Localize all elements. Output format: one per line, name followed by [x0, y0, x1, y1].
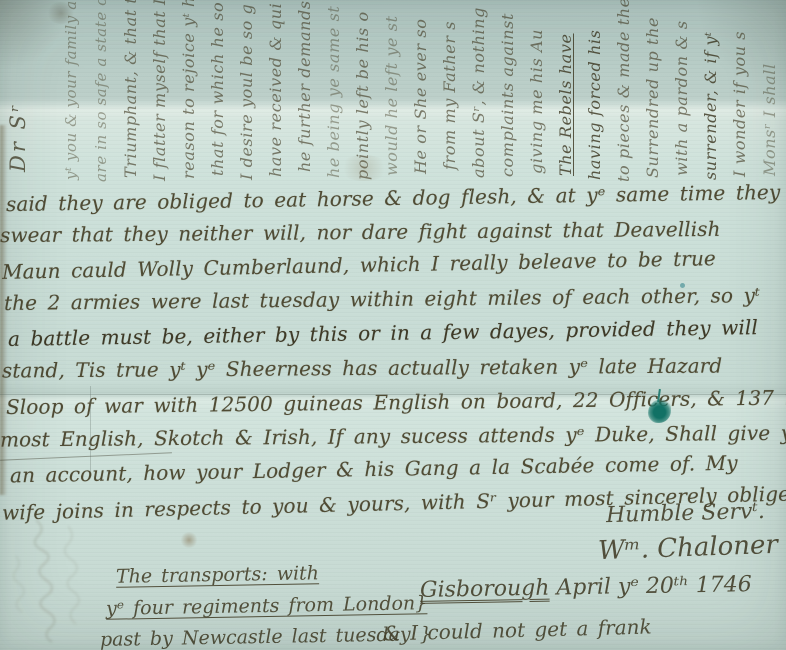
body-line: Maun cauld Wolly Cumberlaund, which I re…: [2, 246, 716, 284]
body-line: most English, Skotch & Irish, If any suc…: [0, 420, 786, 451]
vertical-crease: [90, 386, 91, 472]
crosswriting-line: yᵗ you & your family a: [62, 0, 80, 180]
crosswriting-line: The Rebels have: [556, 33, 575, 176]
crosswriting-line: from my Father s: [440, 21, 459, 170]
postscript-line: yᵉ four regiments from London}: [106, 592, 428, 620]
crosswriting-line: Dr Sʳ: [6, 102, 30, 172]
crease-mark: [0, 452, 172, 461]
ghost-writing-marks: [6, 516, 96, 650]
dateline-place: Gisborough: [420, 576, 550, 603]
stain: [338, 155, 390, 181]
stain: [46, 2, 76, 24]
teal-ink-speck: [680, 283, 685, 288]
crosswriting-line: reason to rejoice yᵗ he: [179, 0, 198, 179]
paper-edge-shadow: [0, 125, 7, 495]
crosswriting-line: to pieces & made the: [614, 0, 633, 182]
crosswriting-line: that for which he so l: [208, 0, 227, 176]
teal-ink-blot: [648, 399, 671, 423]
postscript-line: The transports: with: [116, 562, 319, 588]
crosswriting-line: surrender, & if yᵗ: [701, 31, 720, 180]
crosswriting-line: would he left ye st: [382, 15, 401, 176]
body-line: the 2 armies were last tuesday within ei…: [4, 283, 760, 315]
crosswriting-line: he further demands: [295, 0, 314, 172]
crosswriting-line: are in so safe a state of: [92, 0, 110, 182]
crosswriting-line: Monsʳ I shall: [760, 63, 779, 176]
crosswriting-line: with a pardon & s: [672, 20, 691, 176]
body-line: stand, Tis true yᵗ yᵉ Sheerness has actu…: [2, 353, 722, 382]
postscript-line: & I could not get a frank: [383, 614, 652, 645]
crosswriting-line: I flatter myself that I: [150, 0, 169, 181]
crosswriting-line: He or She ever so: [411, 19, 430, 174]
crosswriting-line: Surrendred up the: [643, 17, 662, 178]
letter-photograph: Dr Sʳ yᵗ you & your family a are in so s…: [0, 0, 786, 650]
body-line: swear that they neither will, nor dare f…: [0, 217, 721, 247]
dateline: Gisborough April yᵉ 20ᵗʰ 1746: [420, 572, 752, 603]
body-line: an account, how your Lodger & his Gang a…: [10, 451, 738, 488]
crosswriting-line: I wonder if you s: [730, 31, 749, 177]
signature: Wᵐ. Chaloner: [598, 530, 779, 566]
crosswriting-line: complaints against: [498, 13, 517, 177]
crosswriting-line: I desire youl be so g: [237, 4, 256, 180]
crosswriting-line: Triumphant, & that the: [121, 0, 140, 178]
crosswriting-line: having forced his: [585, 30, 604, 180]
crosswriting-line: giving me his Au: [527, 29, 546, 174]
crosswriting-line: he being ye same st: [324, 6, 343, 178]
fold-crease: [0, 394, 786, 395]
valediction: Humble Servᵗ.: [606, 499, 765, 528]
dateline-date: April yᵉ 20ᵗʰ 1746: [549, 572, 752, 601]
crosswriting-line: about Sʳ, & nothing: [469, 7, 488, 178]
crosswriting-line: have received & qui: [266, 3, 285, 177]
body-line: a battle must be, either by this or in a…: [8, 315, 758, 351]
body-line: said they are obliged to eat horse & dog…: [6, 180, 781, 216]
stain: [180, 532, 198, 548]
